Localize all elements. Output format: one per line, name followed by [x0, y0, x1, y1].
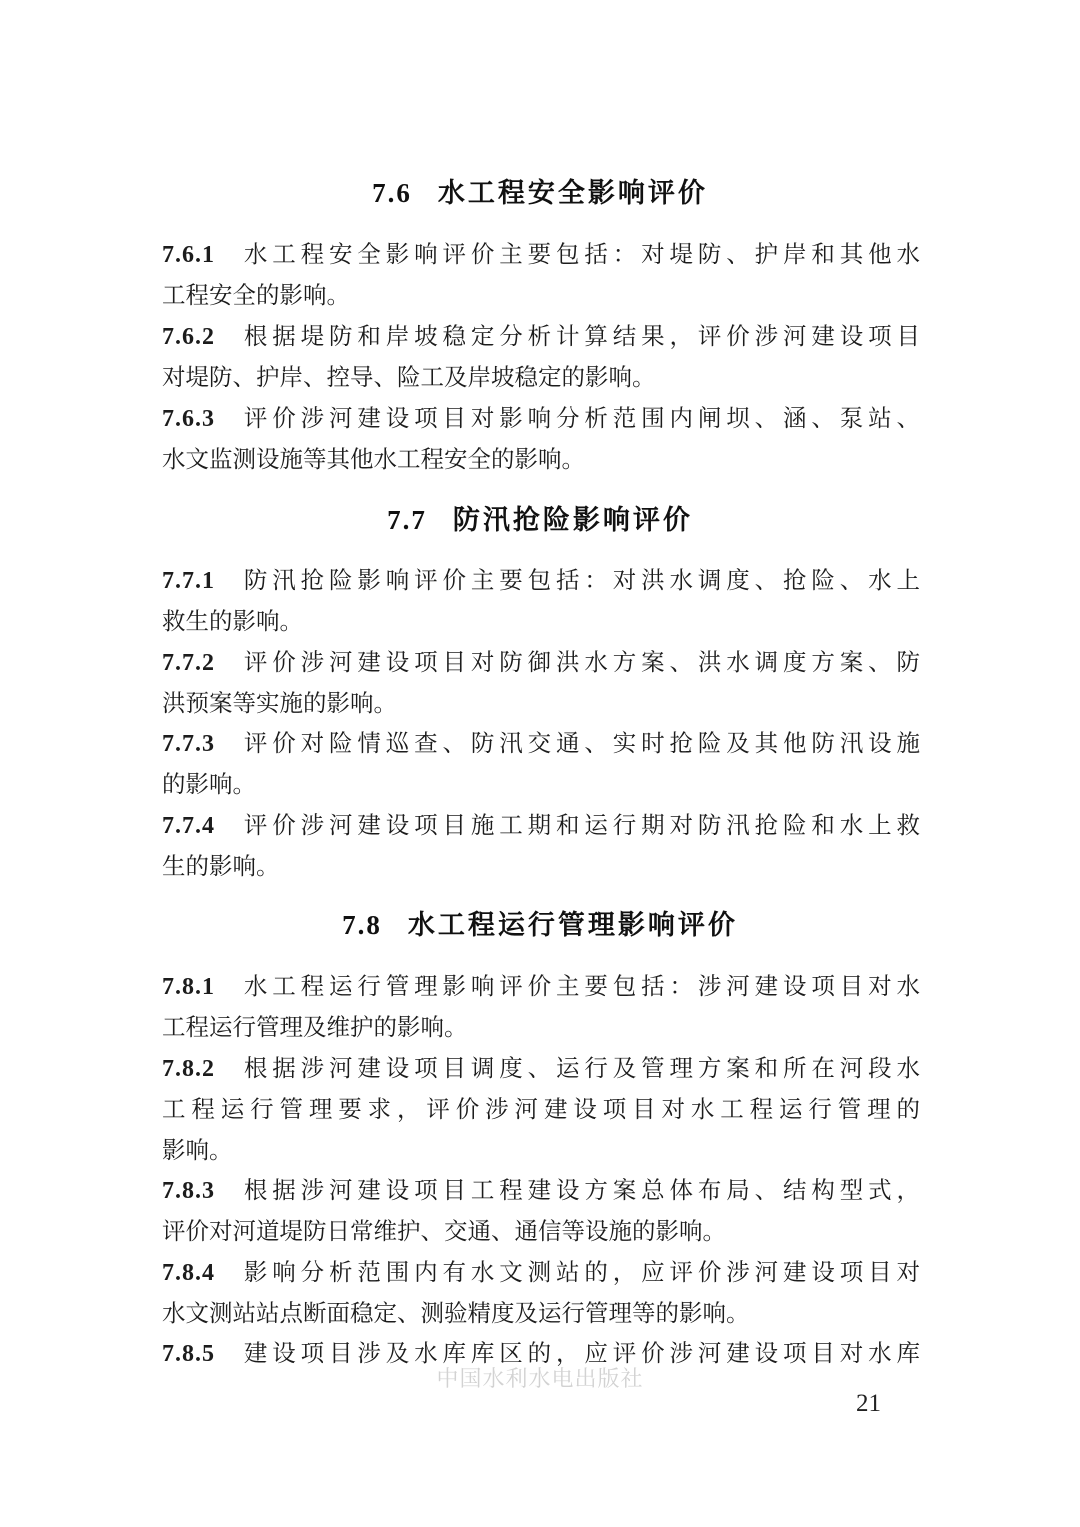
page-number: 21 — [856, 1390, 881, 1418]
clause-7-6-3: 7.6.3评价涉河建设项目对影响分析范围内闸坝、涵、泵站、 水文监测设施等其他水… — [162, 398, 920, 480]
clause-number: 7.8.1 — [162, 974, 215, 1000]
section-number: 7.6 — [372, 178, 412, 208]
clause-text: 根据堤防和岸坡稳定分析计算结果，评价涉河建设项目 — [239, 322, 920, 350]
section-title: 水工程运行管理影响评价 — [408, 910, 738, 941]
clause-text: 评价对险情巡查、防汛交通、实时抢险及其他防汛设施 — [239, 729, 920, 757]
clause-7-8-3: 7.8.3根据涉河建设项目工程建设方案总体布局、结构型式， 评价对河道堤防日常维… — [162, 1170, 920, 1252]
clause-7-8-4: 7.8.4影响分析范围内有水文测站的，应评价涉河建设项目对 水文测站站点断面稳定… — [162, 1252, 920, 1334]
clause-text: 评价涉河建设项目施工期和运行期对防汛抢险和水上救 — [239, 811, 920, 839]
clause-7-6-2: 7.6.2根据堤防和岸坡稳定分析计算结果，评价涉河建设项目 对堤防、护岸、控导、… — [162, 316, 920, 398]
clause-7-8-2: 7.8.2根据涉河建设项目调度、运行及管理方案和所在河段水 工程运行管理要求，评… — [162, 1048, 920, 1171]
clause-7-7-3: 7.7.3评价对险情巡查、防汛交通、实时抢险及其他防汛设施 的影响。 — [162, 723, 920, 805]
clause-text: 工程安全的影响。 — [162, 275, 920, 316]
section-title: 水工程安全影响评价 — [438, 178, 708, 209]
publisher-watermark: 中国水利水电出版社 — [0, 1362, 1080, 1393]
clause-number: 7.6.1 — [162, 242, 215, 268]
section-heading-7-6: 7.6水工程安全影响评价 — [0, 176, 1080, 211]
clause-number: 7.6.3 — [162, 406, 215, 432]
clause-text: 影响。 — [162, 1130, 920, 1171]
clause-text: 影响分析范围内有水文测站的，应评价涉河建设项目对 — [239, 1258, 920, 1286]
clause-text: 评价涉河建设项目对防御洪水方案、洪水调度方案、防 — [239, 648, 920, 676]
section-number: 7.8 — [342, 910, 382, 940]
clause-text: 水工程运行管理影响评价主要包括：涉河建设项目对水 — [239, 972, 920, 1000]
clause-number: 7.7.2 — [162, 650, 215, 676]
document-page: 7.6水工程安全影响评价 7.6.1水工程安全影响评价主要包括：对堤防、护岸和其… — [0, 0, 1080, 1527]
clause-text: 根据涉河建设项目调度、运行及管理方案和所在河段水 — [239, 1054, 920, 1082]
section-heading-7-7: 7.7防汛抢险影响评价 — [0, 503, 1080, 538]
clause-7-8-1: 7.8.1水工程运行管理影响评价主要包括：涉河建设项目对水 工程运行管理及维护的… — [162, 966, 920, 1048]
section-heading-7-8: 7.8水工程运行管理影响评价 — [0, 908, 1080, 943]
clause-7-7-4: 7.7.4评价涉河建设项目施工期和运行期对防汛抢险和水上救 生的影响。 — [162, 805, 920, 887]
clause-text: 工程运行管理及维护的影响。 — [162, 1007, 920, 1048]
clause-text: 防汛抢险影响评价主要包括：对洪水调度、抢险、水上 — [239, 566, 920, 594]
clause-7-7-2: 7.7.2评价涉河建设项目对防御洪水方案、洪水调度方案、防 洪预案等实施的影响。 — [162, 642, 920, 724]
section-title: 防汛抢险影响评价 — [453, 505, 693, 536]
clause-number: 7.7.4 — [162, 813, 215, 839]
clause-text: 水工程安全影响评价主要包括：对堤防、护岸和其他水 — [239, 240, 920, 268]
clause-number: 7.7.1 — [162, 568, 215, 594]
clause-number: 7.8.2 — [162, 1056, 215, 1082]
clause-text: 的影响。 — [162, 764, 920, 805]
clause-text: 救生的影响。 — [162, 601, 920, 642]
clause-text: 水文监测设施等其他水工程安全的影响。 — [162, 439, 920, 480]
clause-number: 7.7.3 — [162, 731, 215, 757]
clause-number: 7.8.3 — [162, 1178, 215, 1204]
clause-number: 7.6.2 — [162, 324, 215, 350]
clause-number: 7.8.4 — [162, 1260, 215, 1286]
clause-7-7-1: 7.7.1防汛抢险影响评价主要包括：对洪水调度、抢险、水上 救生的影响。 — [162, 560, 920, 642]
section-number: 7.7 — [387, 505, 427, 535]
clause-text: 对堤防、护岸、控导、险工及岸坡稳定的影响。 — [162, 357, 920, 398]
clause-7-6-1: 7.6.1水工程安全影响评价主要包括：对堤防、护岸和其他水 工程安全的影响。 — [162, 234, 920, 316]
clause-text: 根据涉河建设项目工程建设方案总体布局、结构型式， — [239, 1176, 920, 1204]
clause-text: 生的影响。 — [162, 846, 920, 887]
clause-text: 工程运行管理要求，评价涉河建设项目对水工程运行管理的 — [162, 1089, 920, 1130]
clause-text: 评价对河道堤防日常维护、交通、通信等设施的影响。 — [162, 1211, 920, 1252]
clause-text: 评价涉河建设项目对影响分析范围内闸坝、涵、泵站、 — [239, 404, 920, 432]
clause-text: 水文测站站点断面稳定、测验精度及运行管理等的影响。 — [162, 1293, 920, 1334]
clause-text: 洪预案等实施的影响。 — [162, 683, 920, 724]
